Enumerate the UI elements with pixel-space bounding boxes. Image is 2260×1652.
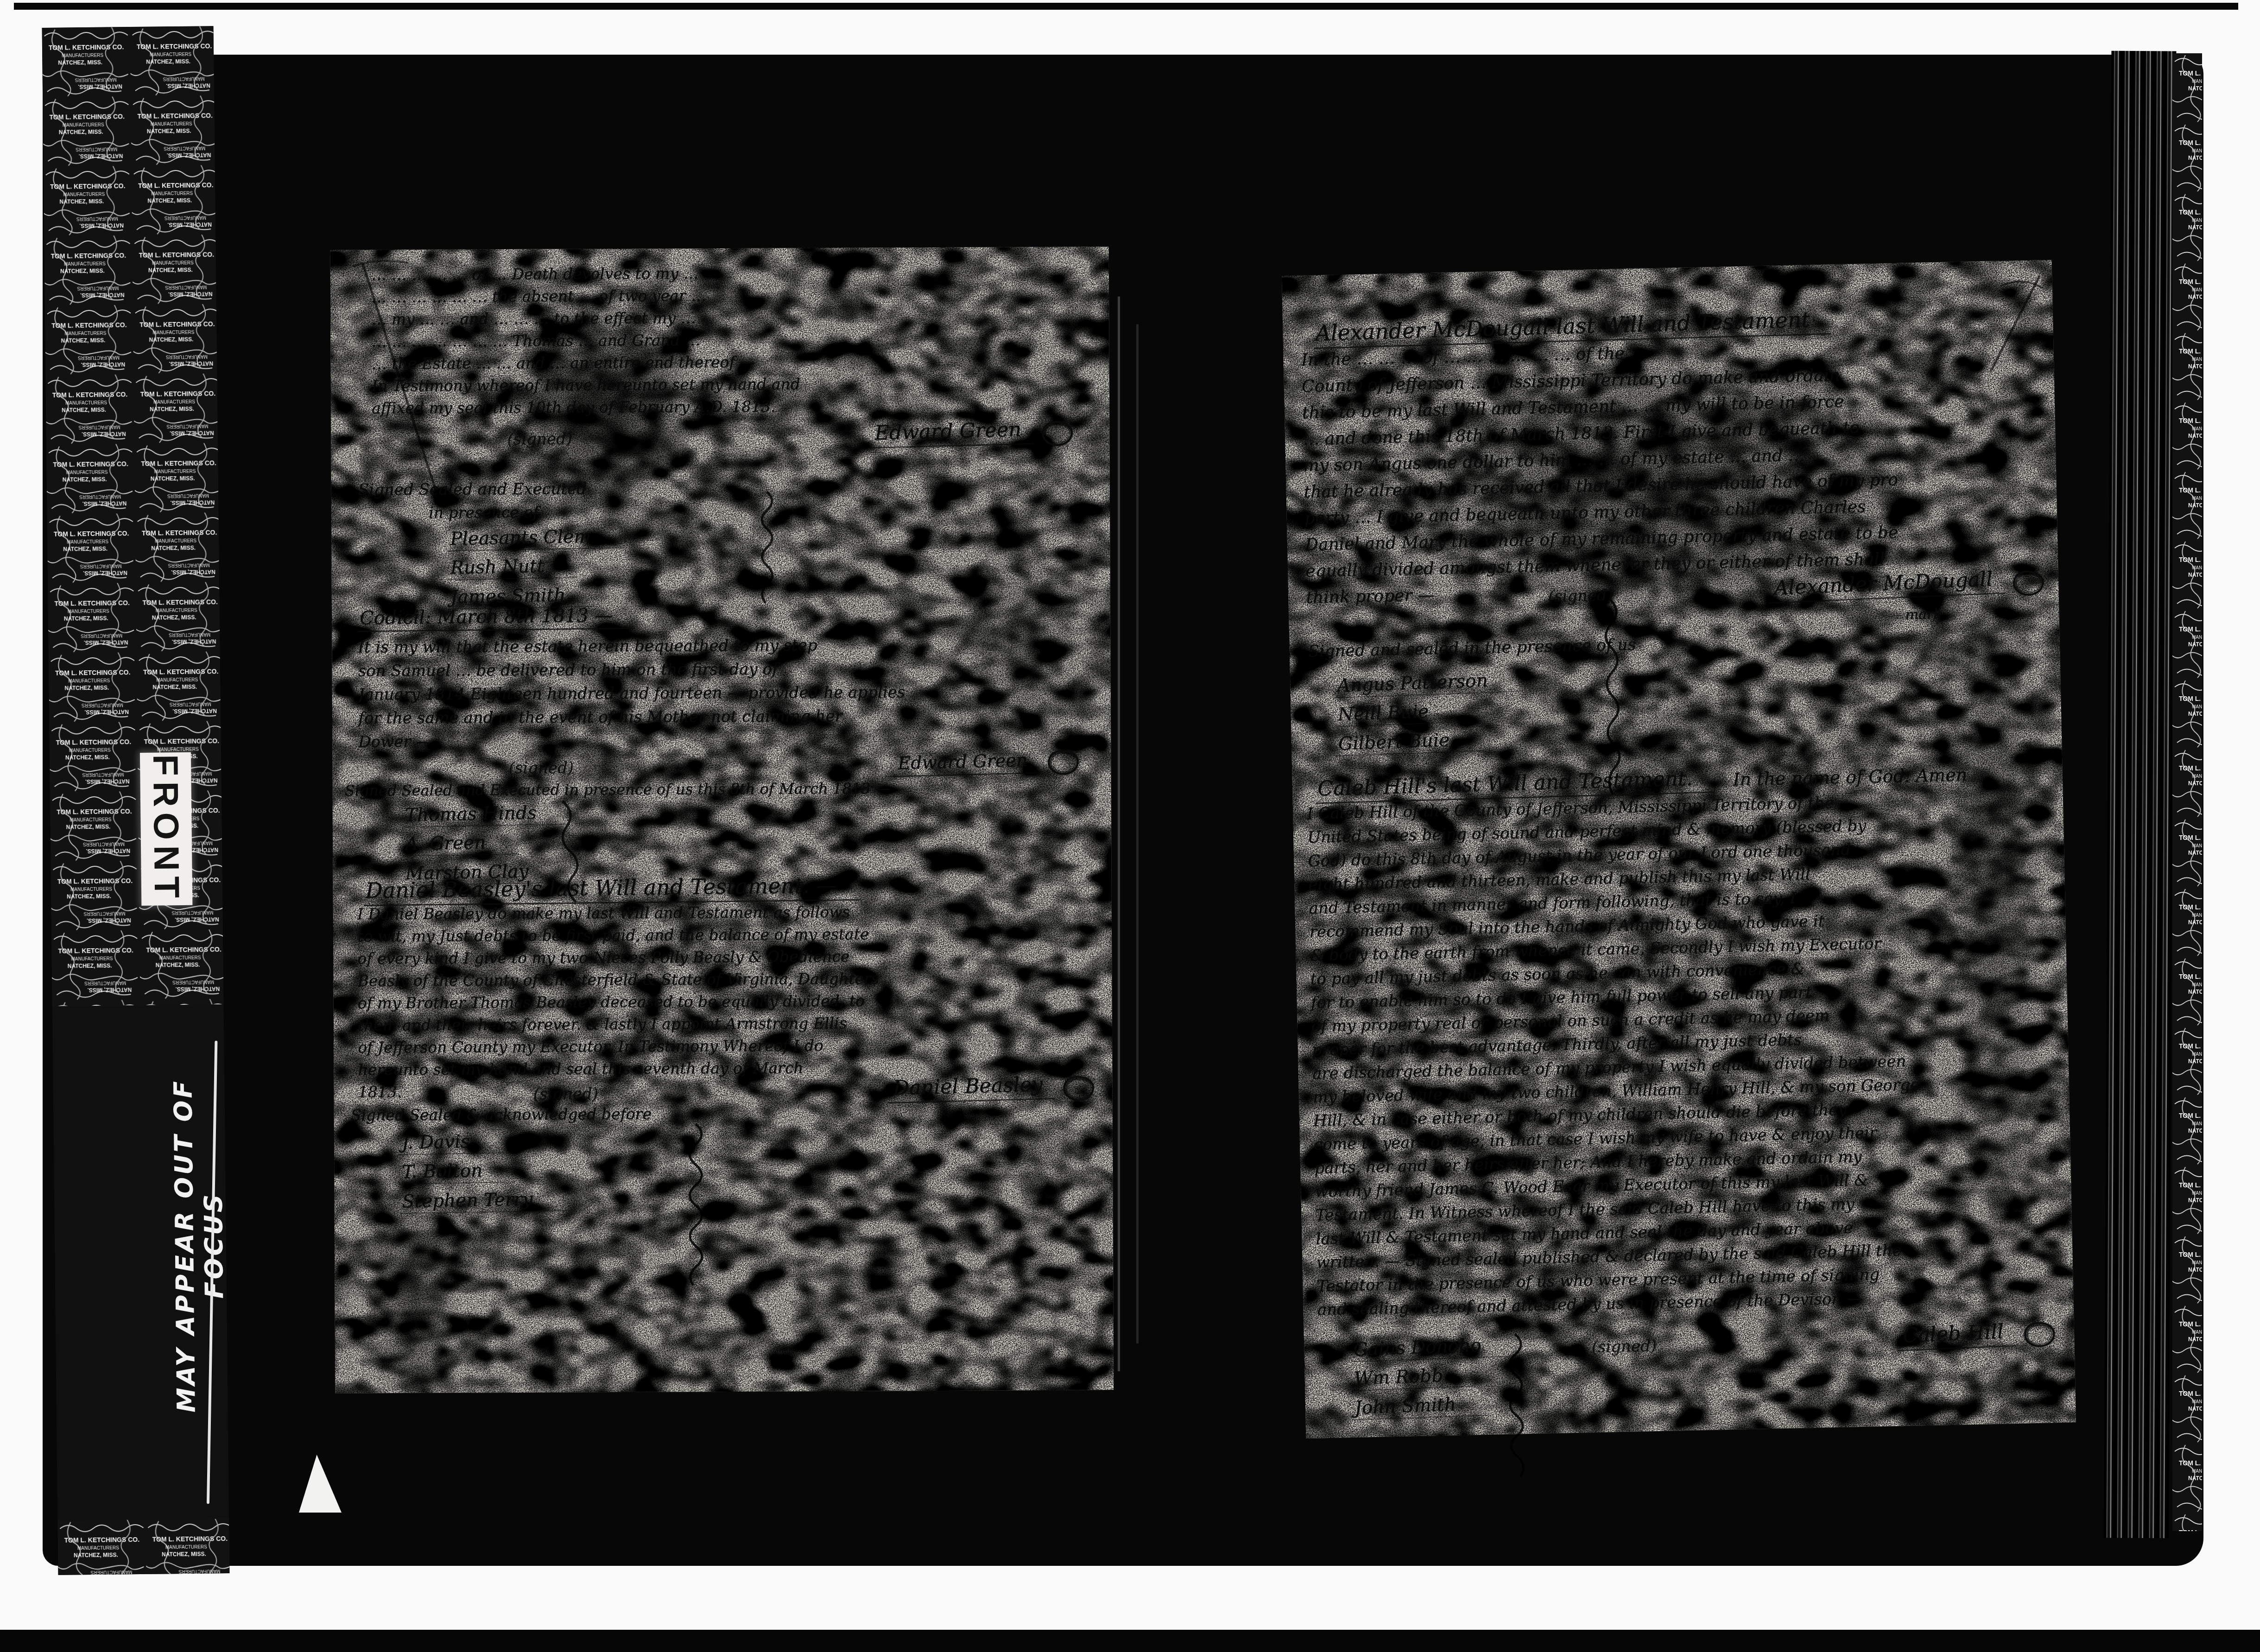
manuscript-line: It is my will that the estate herein beq… [358, 635, 1095, 662]
manuscript-line: affixed my seal this 10th day of Februar… [372, 396, 1095, 421]
scan-bottom-edge-bar [0, 1630, 2260, 1652]
section-hill: I Caleb Hill of the County of Jefferson,… [1307, 789, 2064, 1324]
seal-scribble [1040, 419, 1074, 448]
book-spine-cover: FRONT MAY APPEAR OUT OF FOCUS [42, 26, 230, 1575]
manuscript-line: In Testimony whereof I have hereunto set… [372, 373, 1095, 399]
manuscript-line: … my … … and … … … to the effect my … [371, 307, 1095, 332]
corner-flourish [340, 254, 480, 514]
witness-name: Neill Buie [1335, 700, 1462, 727]
manuscript-line: January 1814 Eighteen hundred and fourte… [358, 682, 1095, 709]
manuscript-line: I Daniel Beasley do make my last Will an… [357, 902, 1100, 927]
manuscript-line: Beasly of the County of Chesterfield & S… [357, 968, 1100, 994]
scan-top-edge-bar [14, 3, 2238, 10]
signature-daniel-beasley: Daniel Beasley [887, 1072, 1055, 1103]
section-green-will-end: … … … … … of … Death devolves to my …… …… [371, 262, 1095, 421]
witness-list-beasley: J. DavisT. BoltonStephen Terry [399, 1131, 565, 1219]
manuscript-line: … … … … … of … Death devolves to my … [371, 262, 1095, 288]
witness-name: Angus Patterson [1334, 669, 1521, 698]
his-mark-note: mark [1905, 606, 1942, 623]
signature-row-green: (signed) Edward Green [507, 419, 1072, 448]
signature-caleb-hill: Caleb Hill [1897, 1319, 2016, 1351]
front-label: FRONT [140, 752, 192, 906]
seal-scribble [2012, 569, 2045, 598]
cover-pattern-top [42, 26, 224, 1006]
signed-label: (signed) [508, 758, 574, 777]
witness-coil [677, 1122, 715, 1289]
signed-label: (signed) [507, 429, 572, 448]
codicil-heading: Codicil: March 8th 1813 — [358, 605, 634, 632]
out-of-focus-note: MAY APPEAR OUT OF FOCUS [168, 1030, 209, 1461]
witness-name: A. Green [402, 832, 519, 857]
section-codicil: It is my will that the estate herein beq… [358, 635, 1095, 756]
signature-edward-green-codicil: Edward Green [892, 750, 1040, 777]
back-cover-pattern [2172, 53, 2202, 1531]
signature-row-beasley: (signed) Daniel Beasley [533, 1074, 1094, 1103]
manuscript-line: son Samuel … be delivered to him on the … [358, 658, 1095, 685]
witness-name: Pleasants Clem [447, 525, 624, 551]
manuscript-line: of Jefferson County my Executor. In Test… [358, 1035, 1100, 1060]
witness-name: John Smith [1351, 1393, 1488, 1420]
page-edges-stripes [2104, 51, 2177, 1539]
signed-label: (signed) [1591, 1337, 1657, 1356]
witness-name: Stephen Terry [399, 1188, 565, 1214]
manuscript-line: of my Brother Thomas Beasley deceased to… [358, 990, 1100, 1016]
manuscript-line: of every kind I give to my two Nieces Po… [357, 946, 1100, 971]
gutter-page-edge [1118, 296, 1120, 1371]
cover-pattern-bottom [57, 1519, 229, 1575]
manuscript-line: … the Estate … … and … an entire end the… [372, 351, 1095, 377]
witness-name: T. Bolton [399, 1160, 515, 1185]
witness-name: Rush Nutt [447, 555, 576, 580]
witness-name: Gains Donoho [1350, 1334, 1514, 1362]
beasley-heading: Daniel Beasley's last Will and Testament… [363, 872, 859, 906]
witness-coil [1499, 1332, 1534, 1485]
seal-scribble [2023, 1320, 2057, 1349]
left-manuscript-page: … … … … … of … Death devolves to my …… …… [330, 246, 1114, 1393]
hill-heading-invocation: In the name of God: Amen [1733, 764, 1967, 790]
right-manuscript-page: Alexander McDougall last Will and Testam… [1282, 260, 2076, 1438]
attestation-text: Signed Sealed and Executed in presence o… [345, 779, 890, 799]
witness-list-green: Pleasants ClemRush NuttJames Smith [447, 527, 624, 615]
seal-scribble [1062, 1074, 1095, 1103]
witness-name: Gilbert Buie [1335, 729, 1482, 757]
manuscript-line: them and their heirs forever. & lastly I… [358, 1013, 1100, 1038]
witness-name: Wm Robb [1351, 1364, 1476, 1391]
corner-flourish [1944, 266, 2049, 380]
witness-name: J. Davis [399, 1131, 502, 1155]
witness-name: Thomas Hinds [402, 802, 570, 828]
signature-row-codicil: (signed) Edward Green [508, 750, 1078, 777]
gutter-page-edge-2 [1136, 324, 1139, 1343]
marginal-scrawl [751, 489, 784, 628]
witness-brace [1595, 598, 1631, 797]
manuscript-line: to wit, my Just debts to be first paid, … [357, 924, 1100, 949]
witness-list-mcdougall: Angus PattersonNeill BuieGilbert Buie [1334, 670, 1522, 762]
signature-edward-green: Edward Green [869, 417, 1034, 448]
manuscript-line: … … … … … … the absent … of two year … [371, 284, 1095, 310]
attestation-text: Signed Sealed & acknowledged before [351, 1105, 652, 1124]
signed-label: (signed) [533, 1085, 598, 1103]
seal-scribble [1046, 748, 1080, 777]
manuscript-line: … … … … … … … Thomas … and Grand … [371, 329, 1095, 354]
manuscript-line: for the same and in the event of his Mot… [358, 706, 1095, 732]
witness-brace [555, 798, 583, 905]
witness-list-hill: Gains DonohoWm RobbJohn Smith [1350, 1335, 1515, 1426]
